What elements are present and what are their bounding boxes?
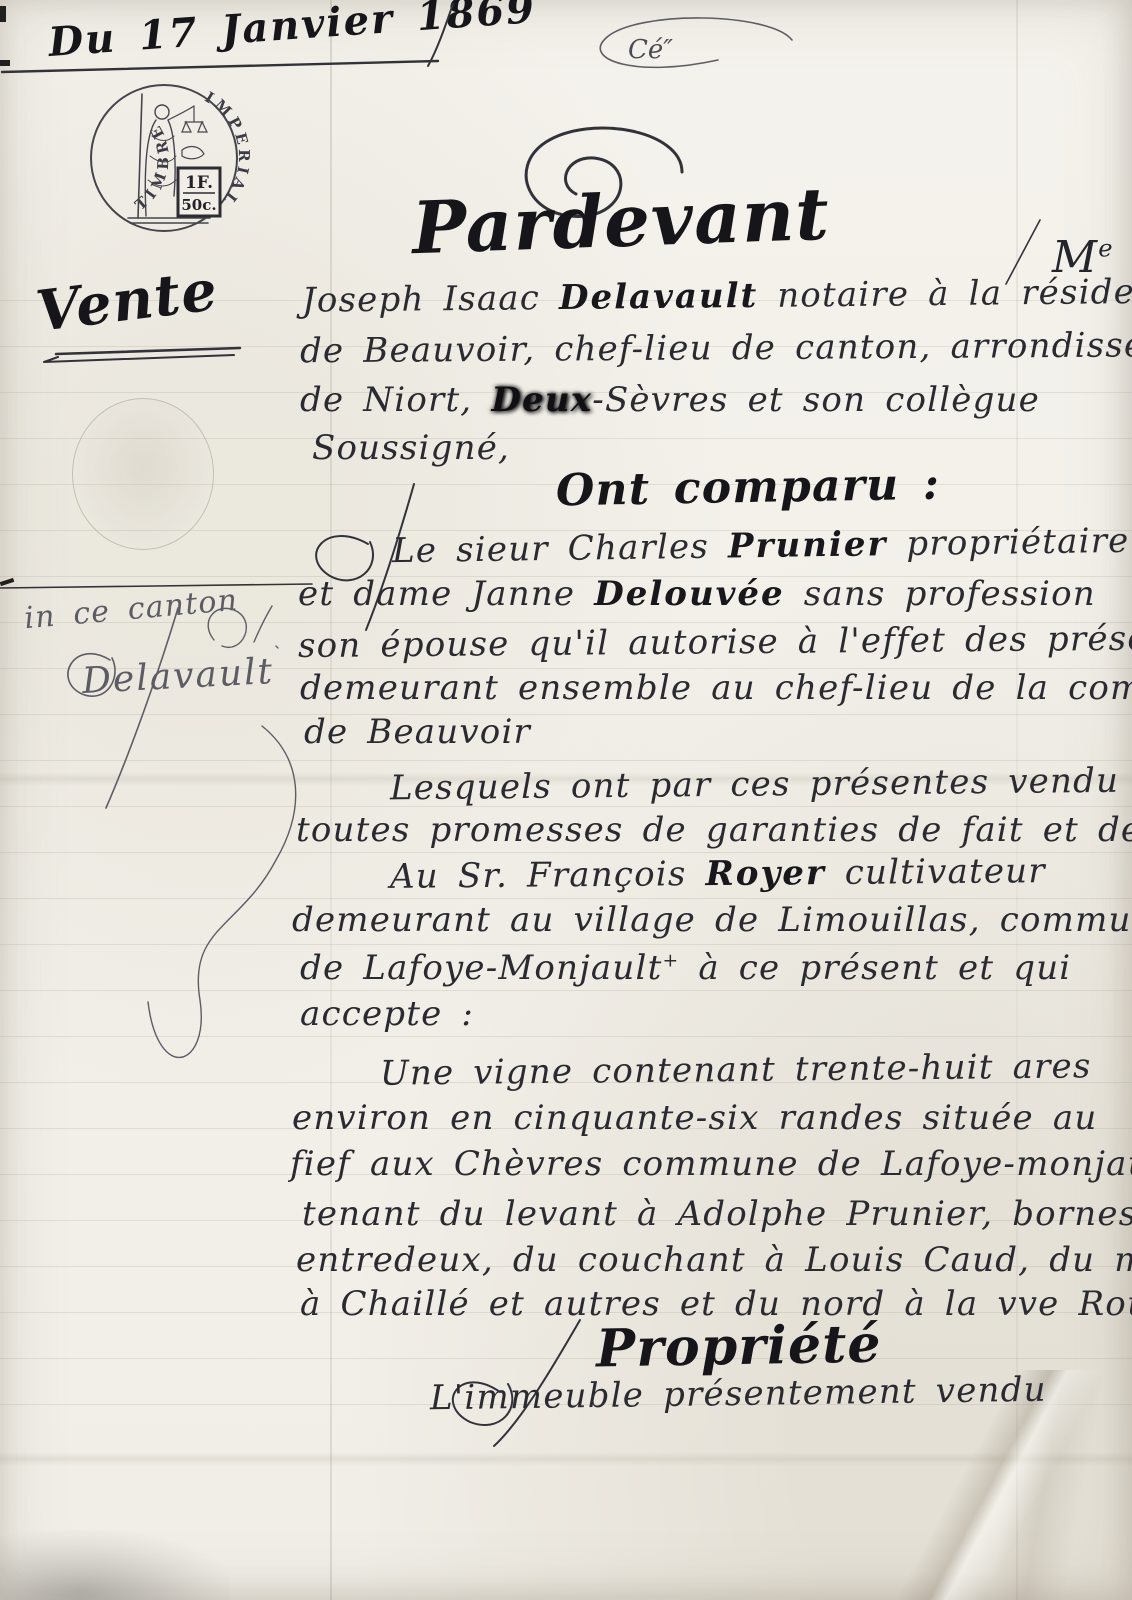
embossed-seal-impression [72,398,214,550]
stamp-arc-left-text: TIMBRE [131,119,172,214]
propriete-heading: Propriété [595,1314,882,1380]
body-line: de Beauvoir [304,712,531,752]
ont-comparu-heading: Ont comparu : [556,459,941,517]
body-line: environ en cinquante-six randes située a… [292,1098,1097,1138]
stamp-value-centimes: 50c. [181,196,216,214]
body-line: de Lafoye-Monjault+ à ce présent et qui [300,948,1071,988]
body-line: accepte : [300,994,474,1034]
body-line: Lesquels ont par ces présentes vendu ave… [390,760,1132,809]
corner-smudge [0,1530,230,1600]
vente-double-underline [42,346,302,376]
body-line: demeurant au village de Limouillas, comm… [292,900,1132,940]
body-line: fief aux Chèvres commune de Lafoye-monja… [290,1144,1132,1184]
body-line: de Beauvoir, chef-lieu de canton, arrond… [300,325,1132,372]
body-line: Au Sr. François Royer cultivateur [390,851,1046,897]
body-line: Une vigne contenant trente-huit ares [380,1046,1092,1093]
body-line: demeurant ensemble au chef-lieu de la co… [300,668,1132,708]
body-line: et dame Janne Delouvée sans profession [298,574,1096,614]
body-line: toutes promesses de garanties de fait et… [296,810,1132,850]
stamp-value-franc: 1F. [185,173,213,193]
body-line: Joseph Isaac Delavault notaire à la rési… [302,271,1132,320]
date-underline-flourish [0,0,520,90]
paraph-annotation: Cé″ [540,8,820,98]
body-line: tenant du levant à Adolphe Prunier, born… [302,1194,1132,1234]
margin-title-vente: Vente [33,257,222,345]
body-line: entredeux, du couchant à Louis Caud, du … [296,1240,1132,1280]
body-line: de Niort, Deux-Sèvres et son collègue [300,380,1040,420]
stamp-value-box: 1F. 50c. [178,168,220,216]
document-page: Du 17 Janvier 1869 Cé″ TIMBRE IMPERIAL. [0,0,1132,1600]
body-line: Soussigné, [312,428,510,468]
pardevant-text: Pardevant [411,171,832,271]
svg-text:TIMBRE: TIMBRE [131,119,172,214]
annotation-text: Cé″ [628,35,673,65]
opening-heading: Pardevant [411,171,832,271]
body-line: son épouse qu'il autorise à l'effet des … [298,618,1132,666]
timbre-imperial-stamp: TIMBRE IMPERIAL. 1F. 50c. [82,76,246,244]
